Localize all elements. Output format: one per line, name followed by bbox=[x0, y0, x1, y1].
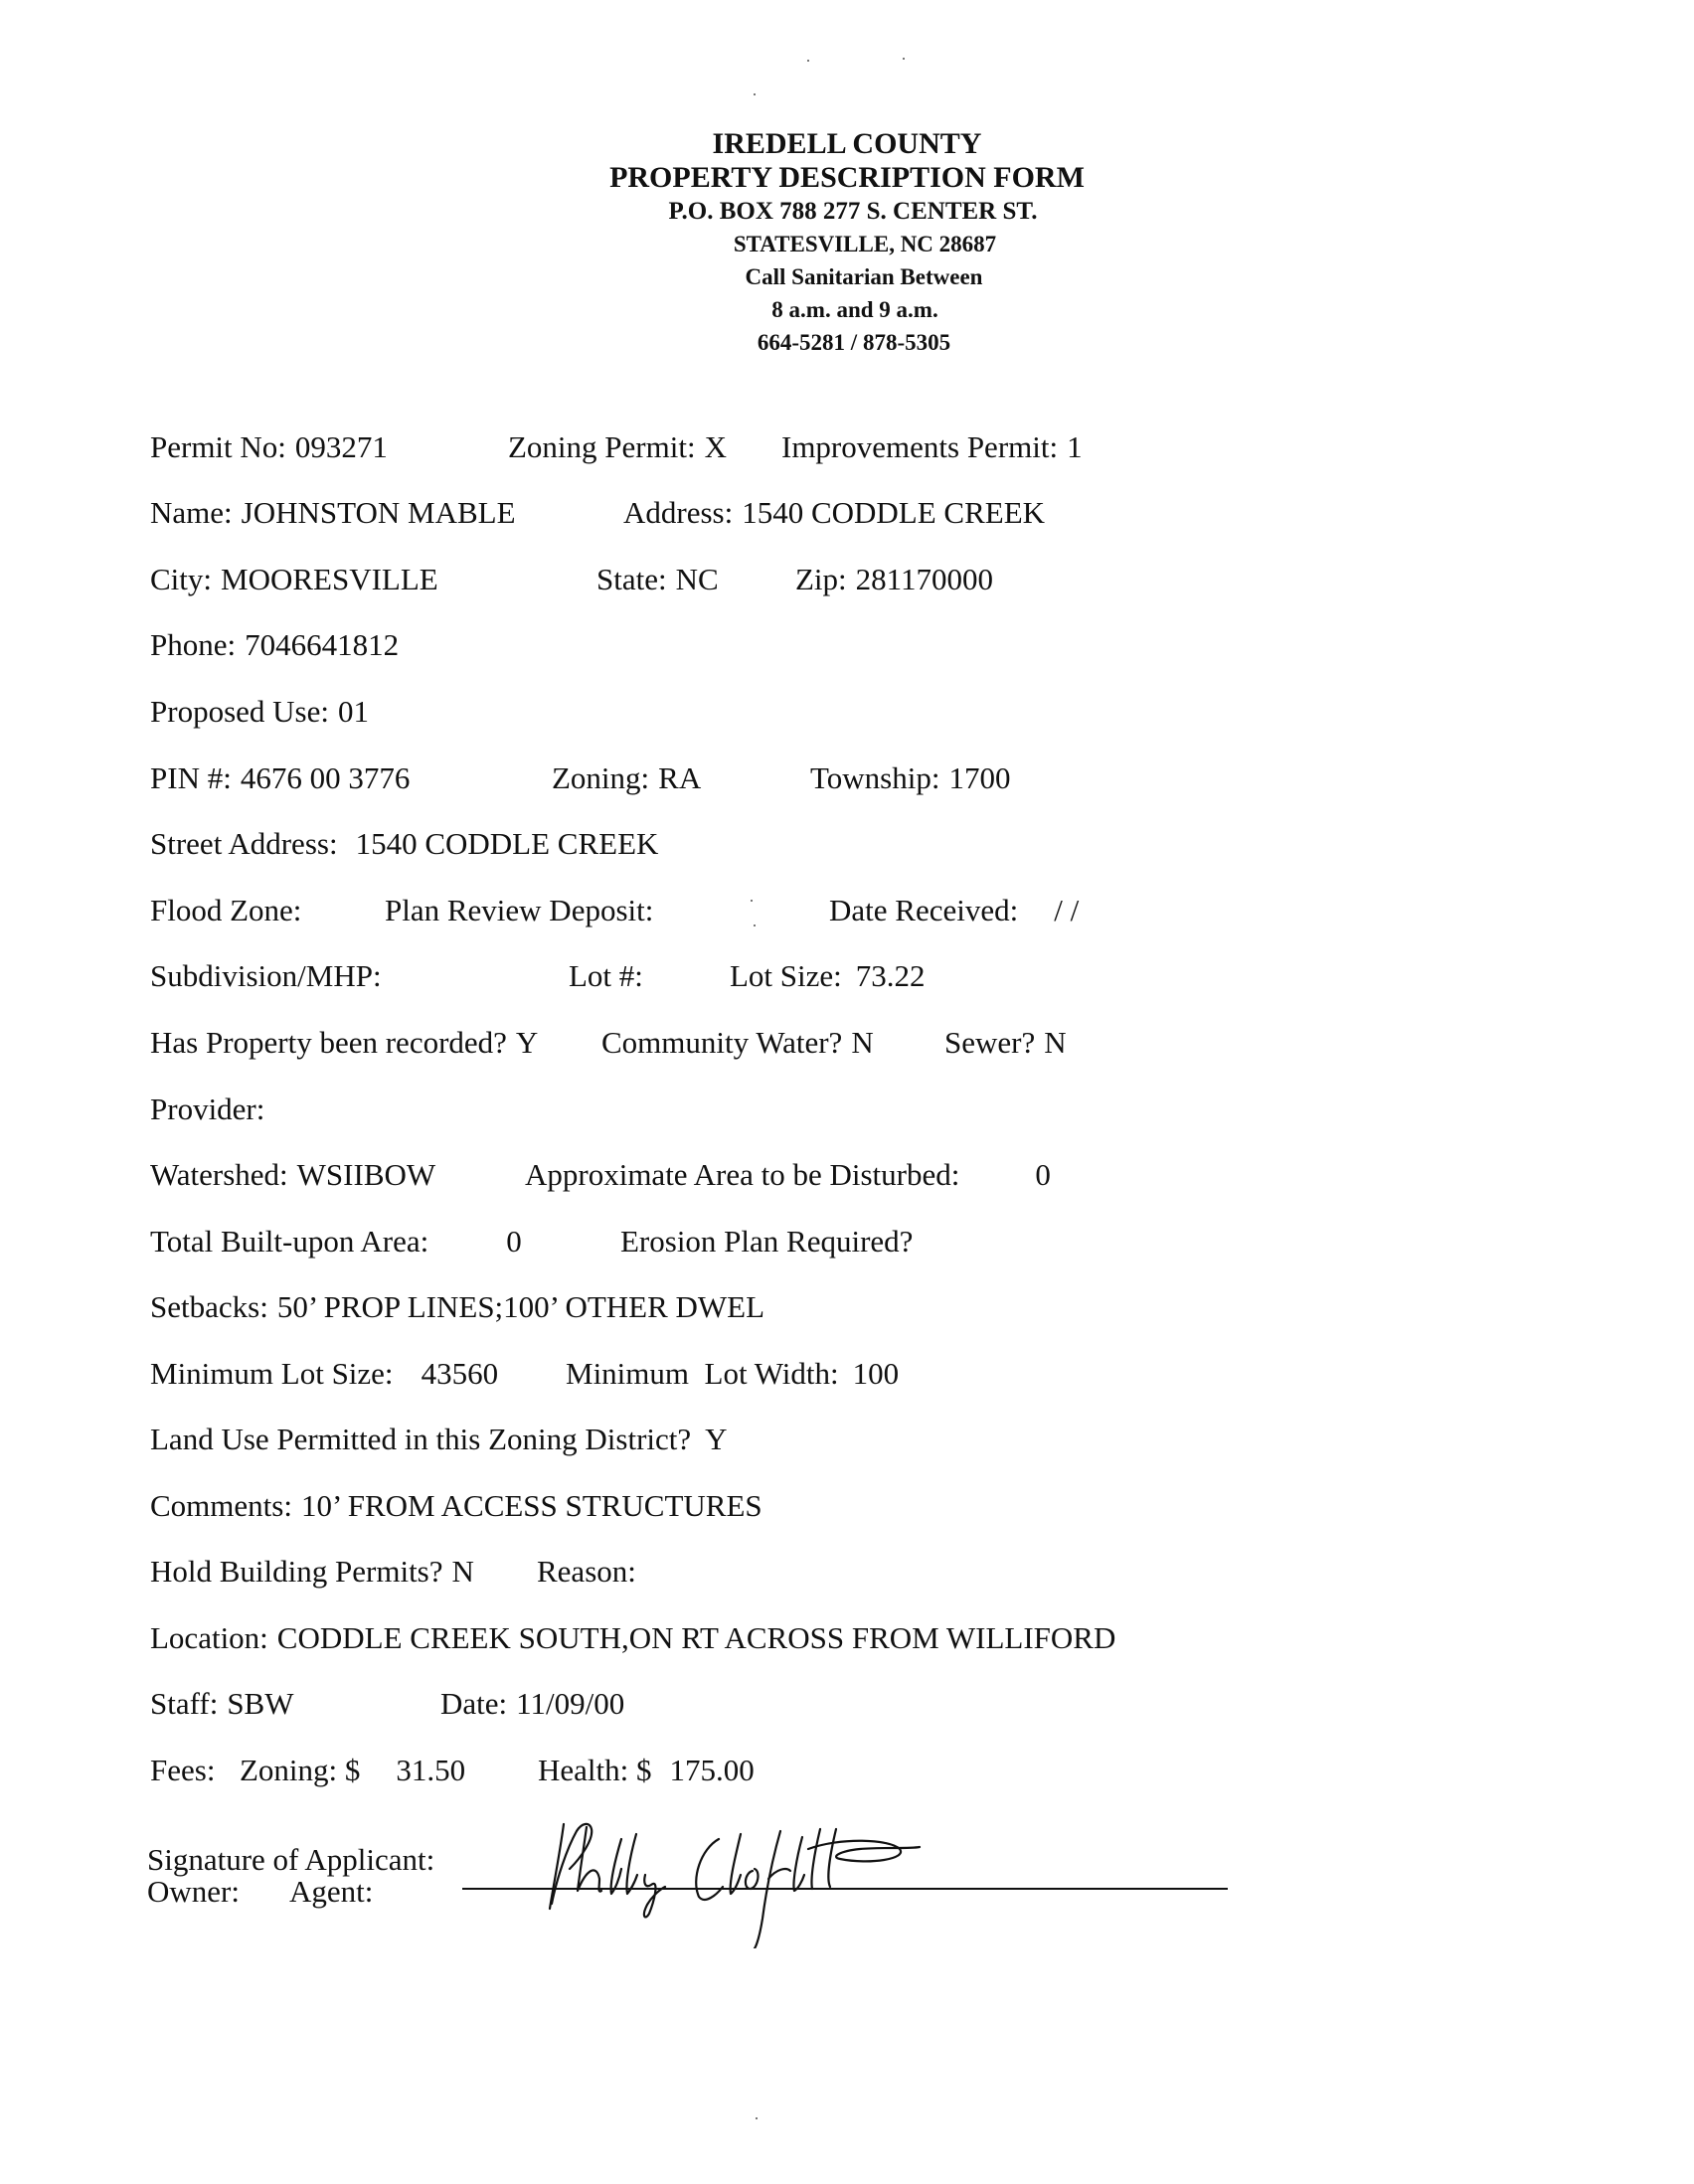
permit-row: Permit No:093271 Zoning Permit:X Improve… bbox=[150, 427, 181, 467]
permit-no-label: Permit No: bbox=[150, 429, 286, 464]
watershed-value: WSIIBOW bbox=[297, 1157, 435, 1192]
community-water-field: Community Water?N bbox=[601, 1023, 874, 1063]
pin-field: PIN #:4676 00 3776 bbox=[150, 758, 410, 798]
state-field: State:NC bbox=[596, 560, 719, 599]
fees-label: Fees: bbox=[150, 1751, 215, 1790]
hold-permits-value: N bbox=[452, 1554, 474, 1589]
provider-label: Provider: bbox=[150, 1092, 264, 1126]
zip-value: 281170000 bbox=[856, 562, 993, 596]
agent-label: Agent: bbox=[289, 1874, 373, 1909]
flood-zone-field: Flood Zone: bbox=[150, 891, 310, 930]
scan-speck bbox=[903, 58, 905, 60]
lot-size-value: 73.22 bbox=[856, 958, 926, 993]
phone-value: 7046641812 bbox=[245, 627, 399, 662]
zip-label: Zip: bbox=[795, 562, 847, 596]
min-lot-size-field: Minimum Lot Size:43560 bbox=[150, 1354, 498, 1394]
form-title: PROPERTY DESCRIPTION FORM bbox=[0, 161, 1694, 195]
flood-zone-label: Flood Zone: bbox=[150, 893, 301, 927]
sewer-field: Sewer?N bbox=[944, 1023, 1067, 1063]
pin-row: PIN #:4676 00 3776 Zoning:RA Township:17… bbox=[150, 758, 181, 798]
built-upon-area-field: Total Built-upon Area:0 bbox=[150, 1222, 522, 1261]
staff-row: Staff:SBW Date:11/09/00 bbox=[150, 1684, 181, 1724]
watershed-row: Watershed:WSIIBOW Approximate Area to be… bbox=[150, 1155, 181, 1195]
staff-value: SBW bbox=[227, 1686, 293, 1721]
location-field: Location:CODDLE CREEK SOUTH,ON RT ACROSS… bbox=[150, 1618, 1115, 1658]
location-row: Location:CODDLE CREEK SOUTH,ON RT ACROSS… bbox=[150, 1618, 181, 1658]
health-fee-label: Health: $ bbox=[538, 1753, 652, 1787]
min-lot-size-label: Minimum Lot Size: bbox=[150, 1356, 394, 1391]
improvements-permit-field: Improvements Permit:1 bbox=[781, 427, 1083, 467]
property-recorded-field: Has Property been recorded?Y bbox=[150, 1023, 538, 1063]
watershed-field: Watershed:WSIIBOW bbox=[150, 1155, 435, 1195]
city-label: City: bbox=[150, 562, 212, 596]
comments-label: Comments: bbox=[150, 1488, 292, 1523]
improvements-permit-value: 1 bbox=[1067, 429, 1083, 464]
street-address-value: 1540 CODDLE CREEK bbox=[356, 826, 659, 861]
min-lot-size-value: 43560 bbox=[422, 1356, 499, 1391]
improvements-permit-label: Improvements Permit: bbox=[781, 429, 1058, 464]
comments-value: 10’ FROM ACCESS STRUCTURES bbox=[301, 1488, 762, 1523]
phone-label: Phone: bbox=[150, 627, 236, 662]
owner-label: Owner: bbox=[147, 1874, 240, 1909]
provider-row: Provider: bbox=[150, 1090, 181, 1129]
address-value: 1540 CODDLE CREEK bbox=[742, 495, 1045, 530]
name-field: Name:JOHNSTON MABLE bbox=[150, 493, 516, 533]
zoning-permit-value: X bbox=[705, 429, 727, 464]
flood-zone-row: Flood Zone: Plan Review Deposit: Date Re… bbox=[150, 891, 181, 930]
watershed-label: Watershed: bbox=[150, 1157, 288, 1192]
scan-speck bbox=[754, 93, 756, 95]
zoning-fee-value: 31.50 bbox=[396, 1753, 465, 1787]
street-address-row: Street Address:1540 CODDLE CREEK bbox=[150, 824, 181, 864]
owner-agent-labels: Owner:Agent: bbox=[147, 1876, 434, 1908]
built-upon-area-label: Total Built-upon Area: bbox=[150, 1224, 428, 1259]
name-row: Name:JOHNSTON MABLE Address:1540 CODDLE … bbox=[150, 493, 181, 533]
sewer-label: Sewer? bbox=[944, 1025, 1035, 1060]
zoning-field: Zoning:RA bbox=[552, 758, 701, 798]
date-value: 11/09/00 bbox=[516, 1686, 624, 1721]
county-title: IREDELL COUNTY bbox=[0, 127, 1694, 161]
plan-review-deposit-label: Plan Review Deposit: bbox=[385, 893, 653, 927]
proposed-use-row: Proposed Use:01 bbox=[150, 692, 181, 732]
address-label: Address: bbox=[623, 495, 733, 530]
sewer-value: N bbox=[1044, 1025, 1066, 1060]
signature-label: Signature of Applicant: bbox=[147, 1844, 434, 1876]
recorded-row: Has Property been recorded?Y Community W… bbox=[150, 1023, 181, 1063]
location-value: CODDLE CREEK SOUTH,ON RT ACROSS FROM WIL… bbox=[277, 1620, 1116, 1655]
provider-field: Provider: bbox=[150, 1090, 273, 1129]
city-field: City:MOORESVILLE bbox=[150, 560, 438, 599]
fees-row: Fees: Zoning: $31.50 Health: $175.00 bbox=[150, 1751, 181, 1790]
reason-label: Reason: bbox=[537, 1554, 636, 1589]
staff-field: Staff:SBW bbox=[150, 1684, 294, 1724]
hold-permits-label: Hold Building Permits? bbox=[150, 1554, 443, 1589]
city-value: MOORESVILLE bbox=[221, 562, 438, 596]
permit-no-value: 093271 bbox=[295, 429, 388, 464]
scan-speck bbox=[756, 2117, 758, 2119]
phone-row: Phone:7046641812 bbox=[150, 625, 181, 665]
lot-no-label: Lot #: bbox=[569, 958, 643, 993]
name-label: Name: bbox=[150, 495, 233, 530]
scan-speck bbox=[751, 900, 753, 902]
lot-no-field: Lot #: bbox=[569, 956, 652, 996]
reason-field: Reason: bbox=[537, 1552, 645, 1592]
permit-no-field: Permit No:093271 bbox=[150, 427, 388, 467]
city-line: STATESVILLE, NC 28687 bbox=[0, 228, 1694, 260]
lot-size-field: Lot Size:73.22 bbox=[730, 956, 926, 996]
form-header: IREDELL COUNTY PROPERTY DESCRIPTION FORM… bbox=[0, 127, 1694, 359]
lot-size-label: Lot Size: bbox=[730, 958, 842, 993]
township-value: 1700 bbox=[948, 760, 1010, 795]
area-disturbed-label: Approximate Area to be Disturbed: bbox=[525, 1157, 959, 1192]
built-upon-row: Total Built-upon Area:0 Erosion Plan Req… bbox=[150, 1222, 181, 1261]
community-water-value: N bbox=[851, 1025, 873, 1060]
proposed-use-field: Proposed Use:01 bbox=[150, 692, 369, 732]
proposed-use-label: Proposed Use: bbox=[150, 694, 329, 729]
health-fee-value: 175.00 bbox=[670, 1753, 755, 1787]
zoning-value: RA bbox=[658, 760, 701, 795]
phone-numbers: 664-5281 / 878-5305 bbox=[0, 326, 1694, 359]
land-use-permitted-value: Y bbox=[705, 1422, 727, 1456]
state-value: NC bbox=[676, 562, 719, 596]
comments-field: Comments:10’ FROM ACCESS STRUCTURES bbox=[150, 1486, 762, 1526]
township-field: Township:1700 bbox=[810, 758, 1010, 798]
land-use-permitted-field: Land Use Permitted in this Zoning Distri… bbox=[150, 1420, 728, 1459]
call-instructions: Call Sanitarian Between bbox=[0, 260, 1694, 293]
date-received-field: Date Received:/ / bbox=[829, 891, 1079, 930]
date-field: Date:11/09/00 bbox=[440, 1684, 624, 1724]
plan-review-deposit-field: Plan Review Deposit: bbox=[385, 891, 662, 930]
proposed-use-value: 01 bbox=[338, 694, 369, 729]
property-recorded-value: Y bbox=[516, 1025, 538, 1060]
area-disturbed-field: Approximate Area to be Disturbed:0 bbox=[525, 1155, 1051, 1195]
pin-value: 4676 00 3776 bbox=[241, 760, 411, 795]
scan-speck bbox=[754, 924, 756, 926]
hold-permits-row: Hold Building Permits?N Reason: bbox=[150, 1552, 181, 1592]
land-use-permitted-label: Land Use Permitted in this Zoning Distri… bbox=[150, 1422, 691, 1456]
state-label: State: bbox=[596, 562, 667, 596]
township-label: Township: bbox=[810, 760, 939, 795]
community-water-label: Community Water? bbox=[601, 1025, 842, 1060]
zoning-fee-label: Zoning: $ bbox=[240, 1753, 360, 1787]
setbacks-row: Setbacks:50’ PROP LINES;100’ OTHER DWEL bbox=[150, 1287, 181, 1327]
min-lot-width-field: Minimum Lot Width:100 bbox=[566, 1354, 899, 1394]
setbacks-label: Setbacks: bbox=[150, 1289, 268, 1324]
built-upon-area-value: 0 bbox=[506, 1224, 522, 1259]
signature-block: Signature of Applicant: Owner:Agent: bbox=[147, 1844, 434, 1908]
city-row: City:MOORESVILLE State:NC Zip:281170000 bbox=[150, 560, 181, 599]
date-received-label: Date Received: bbox=[829, 893, 1018, 927]
street-address-field: Street Address:1540 CODDLE CREEK bbox=[150, 824, 658, 864]
location-label: Location: bbox=[150, 1620, 268, 1655]
street-address-label: Street Address: bbox=[150, 826, 338, 861]
property-recorded-label: Has Property been recorded? bbox=[150, 1025, 507, 1060]
pin-label: PIN #: bbox=[150, 760, 232, 795]
zoning-permit-label: Zoning Permit: bbox=[508, 429, 696, 464]
setbacks-value: 50’ PROP LINES;100’ OTHER DWEL bbox=[277, 1289, 764, 1324]
subdivision-label: Subdivision/MHP: bbox=[150, 958, 382, 993]
date-label: Date: bbox=[440, 1686, 507, 1721]
zoning-label: Zoning: bbox=[552, 760, 649, 795]
hold-permits-field: Hold Building Permits?N bbox=[150, 1552, 474, 1592]
scan-speck bbox=[807, 60, 809, 62]
erosion-plan-label: Erosion Plan Required? bbox=[620, 1224, 913, 1259]
address-field: Address:1540 CODDLE CREEK bbox=[623, 493, 1045, 533]
erosion-plan-field: Erosion Plan Required? bbox=[620, 1222, 922, 1261]
zip-field: Zip:281170000 bbox=[795, 560, 993, 599]
staff-label: Staff: bbox=[150, 1686, 218, 1721]
subdivision-row: Subdivision/MHP: Lot #: Lot Size:73.22 bbox=[150, 956, 181, 996]
min-lot-row: Minimum Lot Size:43560 Minimum Lot Width… bbox=[150, 1354, 181, 1394]
area-disturbed-value: 0 bbox=[1035, 1157, 1051, 1192]
phone-field: Phone:7046641812 bbox=[150, 625, 399, 665]
min-lot-width-label: Minimum Lot Width: bbox=[566, 1356, 839, 1391]
min-lot-width-value: 100 bbox=[853, 1356, 900, 1391]
call-hours: 8 a.m. and 9 a.m. bbox=[0, 293, 1694, 326]
setbacks-field: Setbacks:50’ PROP LINES;100’ OTHER DWEL bbox=[150, 1287, 764, 1327]
handwritten-signature: Phillip Clodfelter bbox=[542, 1809, 1019, 1948]
health-fee-field: Health: $175.00 bbox=[538, 1751, 755, 1790]
zoning-fee-field: Zoning: $31.50 bbox=[240, 1751, 465, 1790]
date-received-value: / / bbox=[1054, 893, 1079, 927]
zoning-permit-field: Zoning Permit:X bbox=[508, 427, 727, 467]
subdivision-field: Subdivision/MHP: bbox=[150, 956, 391, 996]
name-value: JOHNSTON MABLE bbox=[242, 495, 516, 530]
comments-row: Comments:10’ FROM ACCESS STRUCTURES bbox=[150, 1486, 181, 1526]
land-use-row: Land Use Permitted in this Zoning Distri… bbox=[150, 1420, 181, 1459]
mailing-address: P.O. BOX 788 277 S. CENTER ST. bbox=[0, 195, 1694, 228]
